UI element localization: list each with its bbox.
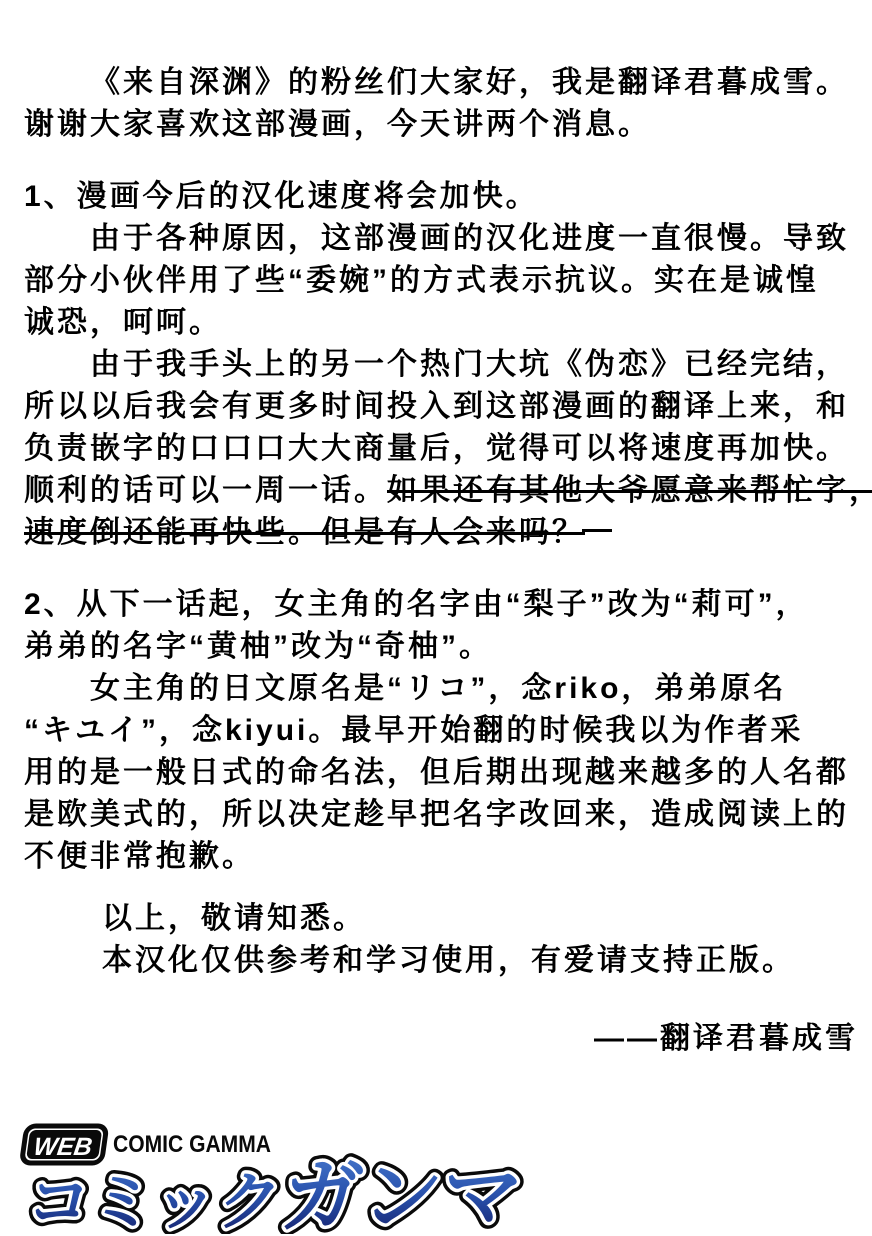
text-line: 用的是一般日式的命名法，但后期出现越来越多的人名都 [24,752,848,794]
strikethrough-extension [582,529,612,532]
text-segment: 部分小伙伴用了些“委婉”的方式表示抗议。实在是诚惶 [24,264,819,297]
text-line: 谢谢大家喜欢这部漫画，今天讲两个消息。 [24,104,848,146]
text-segment: 诚恐，呵呵。 [24,306,222,339]
text-segment: 弟弟的名字“黄柚”改为“奇柚”。 [24,630,492,663]
text-segment: 负责嵌字的口口口大大商量后，觉得可以将速度再加快。 [24,432,849,465]
page: { "page": { "background": "#ffffff", "te… [0,0,872,1236]
text-segment: “キユイ”，念kiyui。最早开始翻的时候我以为作者采 [24,714,803,747]
text-line: 负责嵌字的口口口大大商量后，觉得可以将速度再加快。 [24,428,848,470]
text-segment: 女主角的日文原名是“リコ”，念riko，弟弟原名 [90,672,786,705]
translator-note: 《来自深渊》的粉丝们大家好，我是翻译君暮成雪。谢谢大家喜欢这部漫画，今天讲两个消… [0,0,872,982]
text-segment: 谢谢大家喜欢这部漫画，今天讲两个消息。 [24,108,651,141]
text-segment: 顺利的话可以一周一话。 [24,474,387,507]
text-line: 由于我手头上的另一个热门大坑《伪恋》已经完结， [24,344,848,386]
text-segment: 由于各种原因，这部漫画的汉化进度一直很慢。导致 [90,222,849,255]
logo-svg: コミックガンマ コミックガンマ コミックガンマ WEB COMIC GAMMA [13,1110,529,1234]
text-line: 由于各种原因，这部漫画的汉化进度一直很慢。导致 [24,218,848,260]
text-segment: 所以以后我会有更多时间投入到这部漫画的翻译上来，和 [24,390,849,423]
text-line: 本汉化仅供参考和学习使用，有爱请支持正版。 [24,940,848,982]
text-segment: 《来自深渊》的粉丝们大家好，我是翻译君暮成雪。 [90,66,849,99]
text-line: 以上，敬请知悉。 [24,898,848,940]
struck-text: 速度倒还能再快些。但是有人会来吗？ [24,516,585,549]
text-line: 速度倒还能再快些。但是有人会来吗？ [24,512,848,554]
text-segment: 由于我手头上的另一个热门大坑《伪恋》已经完结， [90,348,849,381]
text-line: 女主角的日文原名是“リコ”，念riko，弟弟原名 [24,668,848,710]
text-segment: 本汉化仅供参考和学习使用，有爱请支持正版。 [102,944,795,977]
web-badge: WEB [22,1126,107,1163]
text-segment: 2、从下一话起，女主角的名字由“梨子”改为“莉可”， [24,588,809,621]
text-line: 诚恐，呵呵。 [24,302,848,344]
text-line: 是欧美式的，所以决定趁早把名字改回来，造成阅读上的 [24,794,848,836]
text-segment: 以上，敬请知悉。 [102,902,366,935]
text-line: 《来自深渊》的粉丝们大家好，我是翻译君暮成雪。 [24,62,848,104]
text-line: 顺利的话可以一周一话。如果还有其他大爷愿意来帮忙字， [24,470,848,512]
web-badge-label: WEB [32,1133,94,1161]
text-line: “キユイ”，念kiyui。最早开始翻的时候我以为作者采 [24,710,848,752]
logo-katakana-fill: コミックガンマ [24,1151,526,1234]
comic-gamma-label: COMIC GAMMA [113,1131,271,1158]
web-comic-gamma-logo: コミックガンマ コミックガンマ コミックガンマ WEB COMIC GAMMA [13,1110,529,1234]
text-line: 1、漫画今后的汉化速度将会加快。 [24,176,848,218]
text-segment: 不便非常抱歉。 [24,840,255,873]
text-line: 不便非常抱歉。 [24,836,848,878]
text-segment: 1、漫画今后的汉化速度将会加快。 [24,180,539,213]
text-line: 2、从下一话起，女主角的名字由“梨子”改为“莉可”， [24,584,848,626]
text-line: 部分小伙伴用了些“委婉”的方式表示抗议。实在是诚惶 [24,260,848,302]
text-segment: 是欧美式的，所以决定趁早把名字改回来，造成阅读上的 [24,798,849,831]
signature: ——翻译君暮成雪 [0,1018,872,1060]
text-segment: 用的是一般日式的命名法，但后期出现越来越多的人名都 [24,756,849,789]
logo-katakana: コミックガンマ コミックガンマ コミックガンマ [24,1151,526,1234]
struck-text: 如果还有其他大爷愿意来帮忙字， [387,474,872,507]
text-line: 弟弟的名字“黄柚”改为“奇柚”。 [24,626,848,668]
text-line: 所以以后我会有更多时间投入到这部漫画的翻译上来，和 [24,386,848,428]
